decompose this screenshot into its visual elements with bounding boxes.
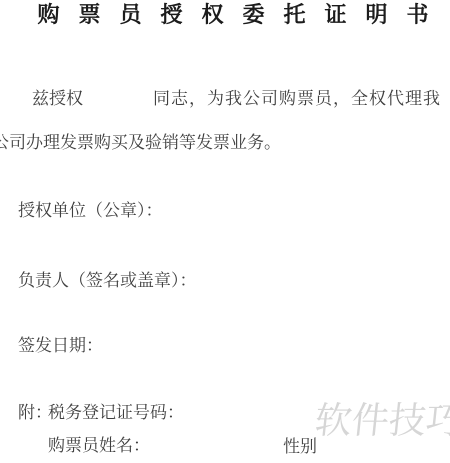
authorize-suffix-text: 同志，为我公司购票员，全权代理我 bbox=[153, 90, 441, 109]
authorized-name-blank bbox=[84, 90, 152, 109]
issue-date-label: 签发日期： bbox=[18, 337, 103, 356]
gender-label: 性别 bbox=[283, 438, 317, 457]
principal-label: 负责人（签名或盖章）： bbox=[18, 272, 197, 291]
tax-registration-number-label: 税务登记证号码： bbox=[48, 404, 184, 423]
document-page: 软件技巧 购票员授权委托证明书 兹授权 同志，为我公司购票员，全权代理我 公司办… bbox=[0, 0, 450, 463]
watermark-text: 软件技巧 bbox=[313, 402, 450, 439]
body-line-2: 公司办理发票购买及验销等发票业务。 bbox=[0, 134, 281, 153]
purchaser-name-label: 购票员姓名： bbox=[48, 437, 150, 456]
page-title: 购票员授权委托证明书 bbox=[0, 4, 450, 26]
authorizing-unit-label: 授权单位（公章）： bbox=[18, 202, 163, 221]
attachment-prefix-label: 附： bbox=[18, 404, 52, 423]
authorize-prefix-text: 兹授权 bbox=[32, 90, 83, 109]
